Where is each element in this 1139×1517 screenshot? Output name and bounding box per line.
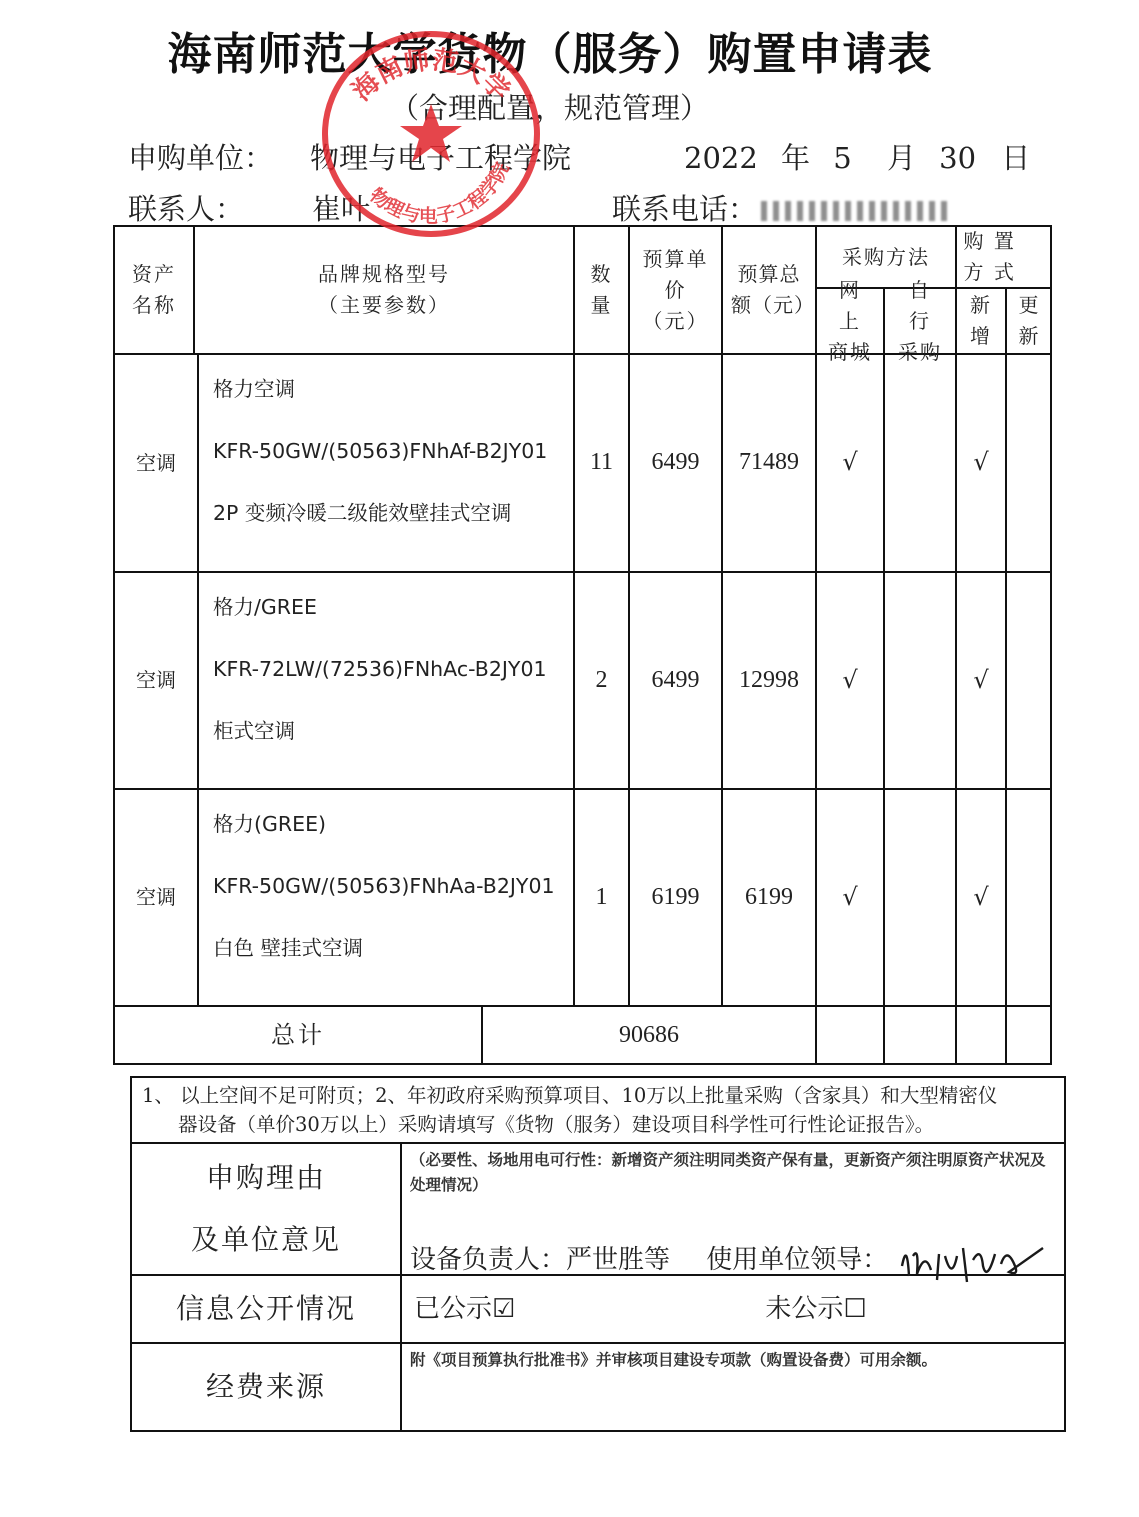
- total-online-empty: [817, 1007, 885, 1065]
- row-method-self-check: [885, 355, 957, 573]
- responsible-value: 严世胜等: [566, 1245, 670, 1275]
- row-method-self-check: [885, 573, 957, 790]
- header-method-online: 网 上 商城: [817, 289, 885, 355]
- header-type-update: 更 新: [1007, 289, 1052, 355]
- spec-line: 2P 变频冷暖二级能效壁挂式空调: [213, 483, 573, 545]
- purchase-table: 资产名称 品牌规格型号 （主要参数） 数量 预算单价（元） 预算总额（元） 采购…: [113, 225, 1052, 1065]
- row-type-new-check: √: [957, 573, 1007, 790]
- row-spec: 格力(GREE)KFR-50GW/(50563)FNhAa-B2JY01白色 壁…: [199, 790, 575, 1007]
- funding-content: 附《项目预算执行批准书》并审核项目建设专项款（购置设备费）可用余额。: [402, 1344, 1064, 1430]
- header-purchase-type: 购 置 方 式: [957, 227, 1052, 289]
- row-qty: 1: [575, 790, 630, 1007]
- reason-label: 申购理由 及单位意见: [132, 1144, 402, 1276]
- notes-line-2: 器设备（单价30万以上）采购请填写《货物（服务）建设项目科学性可行性论证报告》。: [142, 1110, 934, 1139]
- spec-line: 格力/GREE: [213, 577, 573, 639]
- checkbox-checked-icon[interactable]: ☑: [492, 1294, 515, 1324]
- reason-content: （必要性、场地用电可行性：新增资产须注明同类资产保有量，更新资产须注明原资产状况…: [402, 1144, 1064, 1276]
- row-total: 12998: [723, 573, 817, 790]
- checkbox-empty-icon[interactable]: ☐: [843, 1294, 866, 1324]
- row-asset-name: 空调: [115, 573, 199, 790]
- row-method-online-check: √: [817, 573, 885, 790]
- row-type-update-check: [1007, 790, 1052, 1007]
- header-qty: 数量: [575, 227, 630, 355]
- header-type-new: 新 增: [957, 289, 1007, 355]
- funding-label: 经费来源: [132, 1344, 402, 1430]
- spec-line: KFR-50GW/(50563)FNhAf-B2JY01: [213, 421, 573, 483]
- spec-line: 格力(GREE): [213, 794, 573, 856]
- disclosure-label: 信息公开情况: [132, 1276, 402, 1344]
- unit-value: 物理与电子工程学院: [310, 136, 571, 177]
- spec-line: KFR-50GW/(50563)FNhAa-B2JY01: [213, 856, 573, 918]
- phone-field: 联系电话：: [612, 187, 951, 228]
- date-day: 30: [939, 141, 976, 175]
- row-type-new-check: √: [957, 790, 1007, 1007]
- phone-label: 联系电话：: [612, 192, 757, 226]
- row-method-self-check: [885, 790, 957, 1007]
- row-method-online-check: √: [817, 355, 885, 573]
- header-spec: 品牌规格型号 （主要参数）: [195, 227, 575, 355]
- row-asset-name: 空调: [115, 355, 199, 573]
- row-total: 6199: [723, 790, 817, 1007]
- spec-line: 白色 壁挂式空调: [213, 918, 573, 980]
- row-total: 71489: [723, 355, 817, 573]
- contact-label: 联系人：: [128, 187, 244, 228]
- funding-note: 附《项目预算执行批准书》并审核项目建设专项款（购置设备费）可用余额。: [410, 1348, 937, 1373]
- row-type-update-check: [1007, 573, 1052, 790]
- header-unit-price: 预算单价（元）: [630, 227, 723, 355]
- total-label: 总计: [115, 1007, 483, 1065]
- row-type-new-check: √: [957, 355, 1007, 573]
- row-unit-price: 6199: [630, 790, 723, 1007]
- date-year: 2022: [684, 141, 758, 175]
- spec-line: 柜式空调: [213, 701, 573, 763]
- total-value: 90686: [483, 1007, 817, 1065]
- notes-line-1: 1、 以上空间不足可附页；2、年初政府采购预算项目、10万以上批量采购（含家具）…: [142, 1081, 997, 1110]
- row-spec: 格力空调KFR-50GW/(50563)FNhAf-B2JY012P 变频冷暖二…: [199, 355, 575, 573]
- total-update-empty: [1007, 1007, 1052, 1065]
- form-subtitle: （合理配置，规范管理）: [390, 86, 709, 127]
- lower-section: 1、 以上空间不足可附页；2、年初政府采购预算项目、10万以上批量采购（含家具）…: [130, 1076, 1066, 1432]
- total-self-empty: [885, 1007, 957, 1065]
- phone-redacted: [761, 201, 951, 221]
- header-total: 预算总额（元）: [723, 227, 817, 355]
- header-method-self: 自 行 采购: [885, 289, 957, 355]
- disclosure-published[interactable]: 已公示☑: [414, 1289, 515, 1329]
- row-spec: 格力/GREEKFR-72LW/(72536)FNhAc-B2JY01柜式空调: [199, 573, 575, 790]
- row-unit-price: 6499: [630, 573, 723, 790]
- spec-line: KFR-72LW/(72536)FNhAc-B2JY01: [213, 639, 573, 701]
- header-asset-name: 资产名称: [115, 227, 195, 355]
- disclosure-content: 已公示☑ 未公示☐: [402, 1276, 1064, 1344]
- reason-hint: （必要性、场地用电可行性：新增资产须注明同类资产保有量，更新资产须注明原资产状况…: [410, 1148, 1056, 1198]
- row-method-online-check: √: [817, 790, 885, 1007]
- row-type-update-check: [1007, 355, 1052, 573]
- total-new-empty: [957, 1007, 1007, 1065]
- row-qty: 11: [575, 355, 630, 573]
- notes: 1、 以上空间不足可附页；2、年初政府采购预算项目、10万以上批量采购（含家具）…: [132, 1078, 1064, 1144]
- row-qty: 2: [575, 573, 630, 790]
- row-unit-price: 6499: [630, 355, 723, 573]
- date-month: 5: [833, 141, 851, 175]
- disclosure-unpublished[interactable]: 未公示☐: [765, 1289, 866, 1329]
- spec-line: 格力空调: [213, 359, 573, 421]
- row-asset-name: 空调: [115, 790, 199, 1007]
- form-title: 海南师范大学货物（服务）购置申请表: [0, 18, 1100, 82]
- contact-value: 崔叶: [312, 187, 370, 228]
- unit-label: 申购单位：: [128, 136, 273, 177]
- request-date: 2022 年 5 月 30 日: [684, 136, 1030, 177]
